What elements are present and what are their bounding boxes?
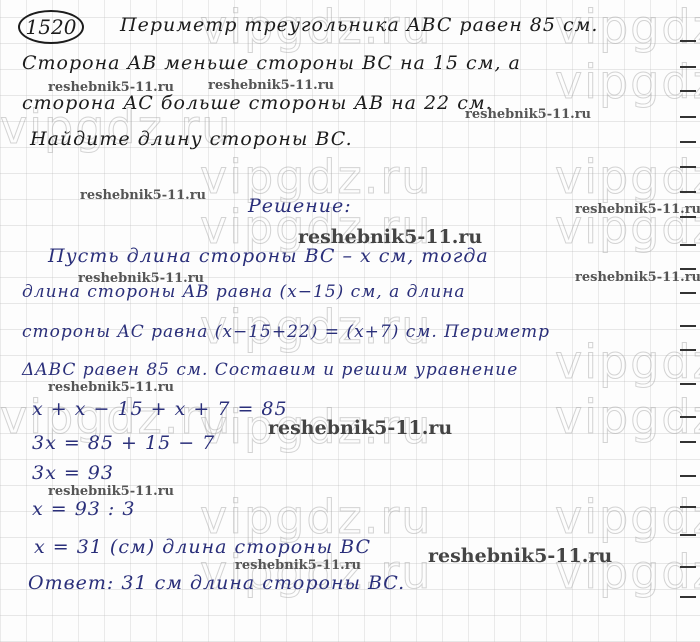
- watermark-small: reshebnik5-11.ru: [48, 484, 174, 499]
- notebook-page: vipgdz.ru vipgdz.ru vipgdz.ru vipgdz.ru …: [0, 0, 700, 642]
- margin-mark: [680, 475, 696, 477]
- margin-mark: [680, 534, 696, 536]
- margin-mark: [680, 116, 696, 118]
- watermark-large: reshebnik5-11.ru: [428, 545, 612, 567]
- watermark-small: reshebnik5-11.ru: [208, 78, 334, 93]
- margin-mark: [680, 166, 696, 168]
- watermark-large: reshebnik5-11.ru: [298, 226, 482, 248]
- equation-line: x + x − 15 + x + 7 = 85: [32, 398, 288, 420]
- watermark-small: reshebnik5-11.ru: [48, 80, 174, 95]
- watermark-small: reshebnik5-11.ru: [575, 270, 700, 285]
- margin-mark: [680, 566, 696, 568]
- problem-statement-line: Сторона AB меньше стороны BC на 15 см, а: [22, 52, 521, 74]
- answer-line: Ответ: 31 см длина стороны BC.: [28, 572, 405, 594]
- watermark-large: reshebnik5-11.ru: [268, 417, 452, 439]
- margin-mark: [680, 90, 696, 92]
- margin-mark: [680, 325, 696, 327]
- solution-heading: Решение:: [248, 195, 352, 217]
- solution-line: Пусть длина стороны BC – x см, тогда: [48, 245, 489, 267]
- margin-mark: [680, 441, 696, 443]
- solution-line: стороны AC равна (x−15+22) = (x+7) см. П…: [22, 322, 550, 342]
- margin-mark: [680, 416, 696, 418]
- watermark-small: reshebnik5-11.ru: [48, 380, 174, 395]
- watermark-faint: vipgdz.ru: [555, 55, 700, 109]
- margin-mark: [680, 596, 696, 598]
- problem-statement-line: Найдите длину стороны BC.: [30, 128, 353, 150]
- equation-line: 3x = 85 + 15 − 7: [32, 432, 215, 454]
- watermark-small: reshebnik5-11.ru: [78, 271, 204, 286]
- problem-statement-line: сторона AC больше стороны AB на 22 см.: [22, 92, 493, 114]
- watermark-small: reshebnik5-11.ru: [235, 558, 361, 573]
- watermark-faint: vipgdz.ru: [555, 335, 700, 389]
- watermark-faint: vipgdz.ru: [555, 390, 700, 444]
- equation-line: x = 93 : 3: [32, 498, 135, 520]
- solution-line: ΔABC равен 85 см. Составим и решим уравн…: [22, 360, 518, 380]
- margin-mark: [680, 292, 696, 294]
- watermark-faint: vipgdz.ru: [555, 150, 700, 204]
- margin-mark: [680, 66, 696, 68]
- equation-line: 3x = 93: [32, 462, 114, 484]
- watermark-small: reshebnik5-11.ru: [575, 202, 700, 217]
- margin-mark: [680, 141, 696, 143]
- watermark-small: reshebnik5-11.ru: [80, 188, 206, 203]
- margin-mark: [680, 383, 696, 385]
- margin-mark: [680, 191, 696, 193]
- problem-statement-line: Периметр треугольника ABC равен 85 см.: [120, 14, 598, 36]
- watermark-small: reshebnik5-11.ru: [465, 107, 591, 122]
- margin-mark: [680, 349, 696, 351]
- margin-mark: [680, 506, 696, 508]
- margin-mark: [680, 244, 696, 246]
- watermark-faint: vipgdz.ru: [555, 490, 700, 544]
- equation-line: x = 31 (см) длина стороны BC: [34, 536, 371, 558]
- margin-mark: [680, 40, 696, 42]
- problem-number-badge: 1520: [18, 10, 84, 44]
